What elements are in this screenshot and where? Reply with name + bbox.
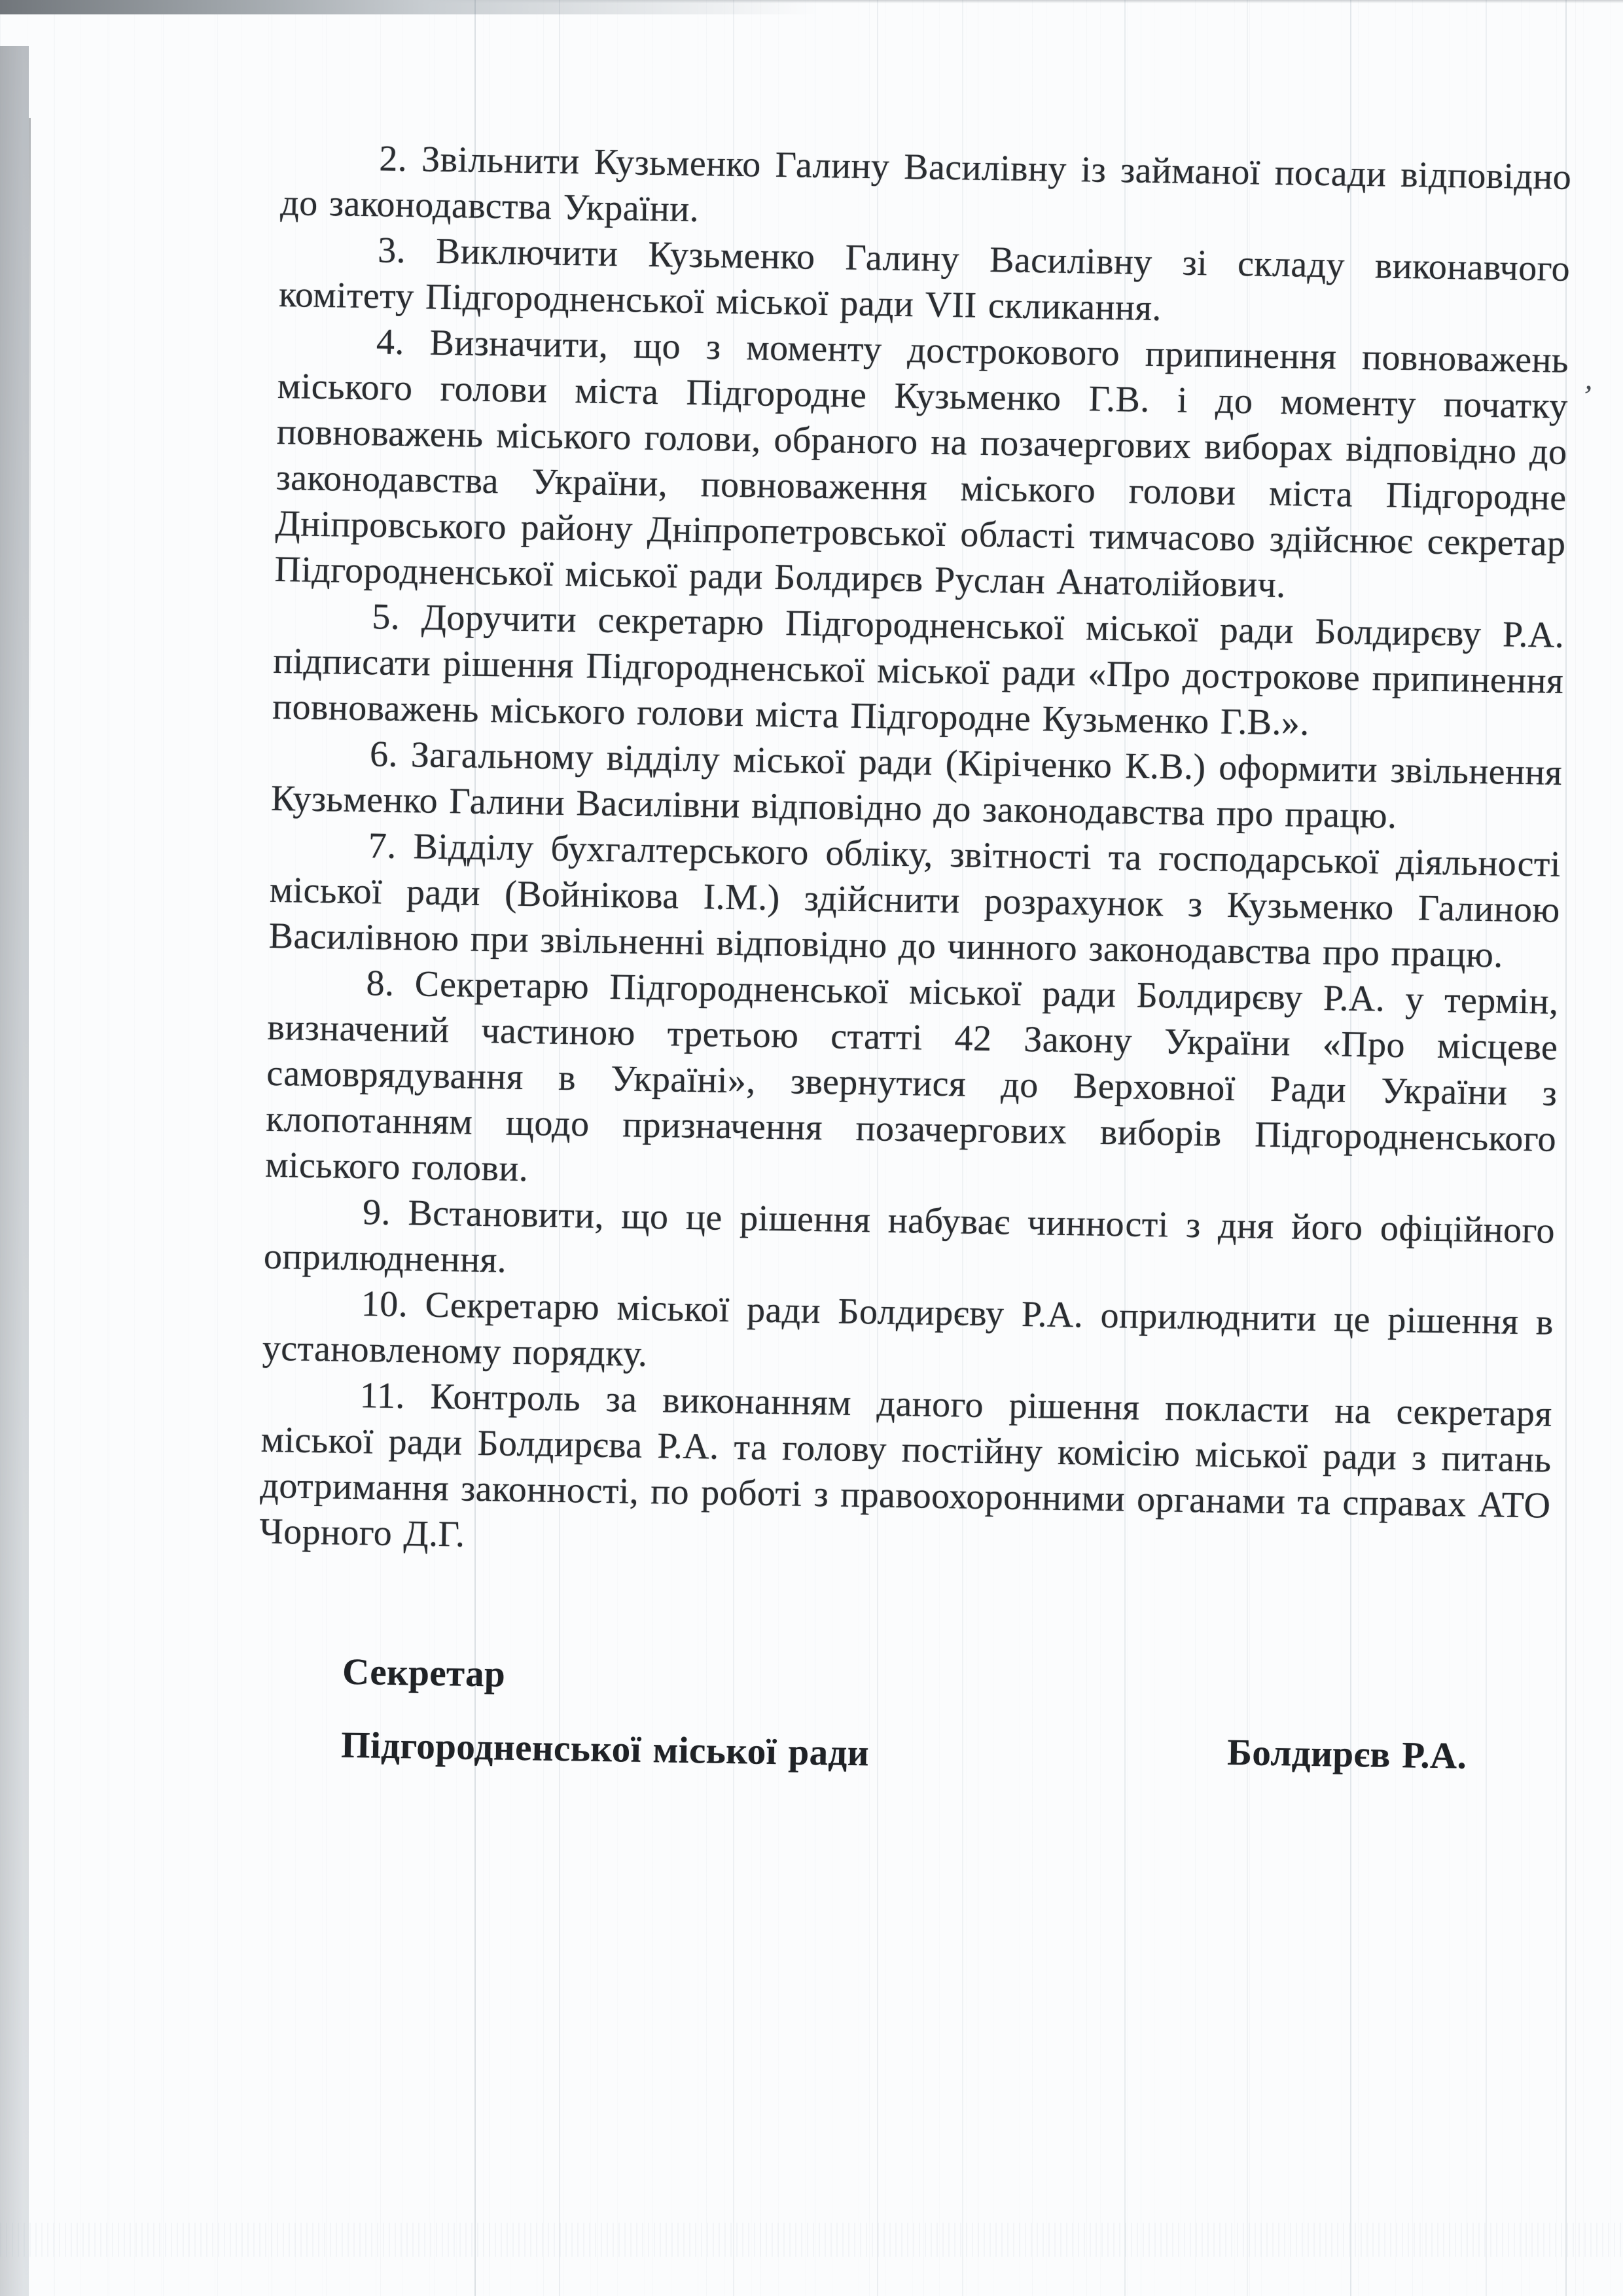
scan-top-shadow-band bbox=[0, 0, 982, 14]
signature-name: Болдирєв Р.А. bbox=[1226, 1716, 1467, 1793]
scan-bottom-noise-band bbox=[0, 2223, 1623, 2257]
paragraph-item-7: 7. Відділу бухгалтерського обліку, звітн… bbox=[268, 821, 1561, 979]
paragraph-item-8: 8. Секретарю Підгородненської міської ра… bbox=[265, 959, 1559, 1208]
scan-left-edge-strip bbox=[0, 46, 29, 2296]
ink-artifact-mark: ’ bbox=[1580, 378, 1595, 414]
paragraph-item-5: 5. Доручити секретарю Підгородненської м… bbox=[272, 592, 1565, 750]
scanned-document-page: ’ 2. Звільнити Кузьменко Галину Василівн… bbox=[0, 0, 1623, 2296]
document-body: 2. Звільнити Кузьменко Галину Василівну … bbox=[255, 134, 1571, 1801]
signature-block: Секретар Підгородненської міської ради Б… bbox=[255, 1634, 1548, 1801]
scan-left-edge-line bbox=[29, 118, 31, 740]
paragraph-item-11: 11. Контроль за виконанням даного рішенн… bbox=[259, 1371, 1552, 1575]
paragraph-item-4: 4. Визначити, що з моменту дострокового … bbox=[274, 317, 1569, 613]
